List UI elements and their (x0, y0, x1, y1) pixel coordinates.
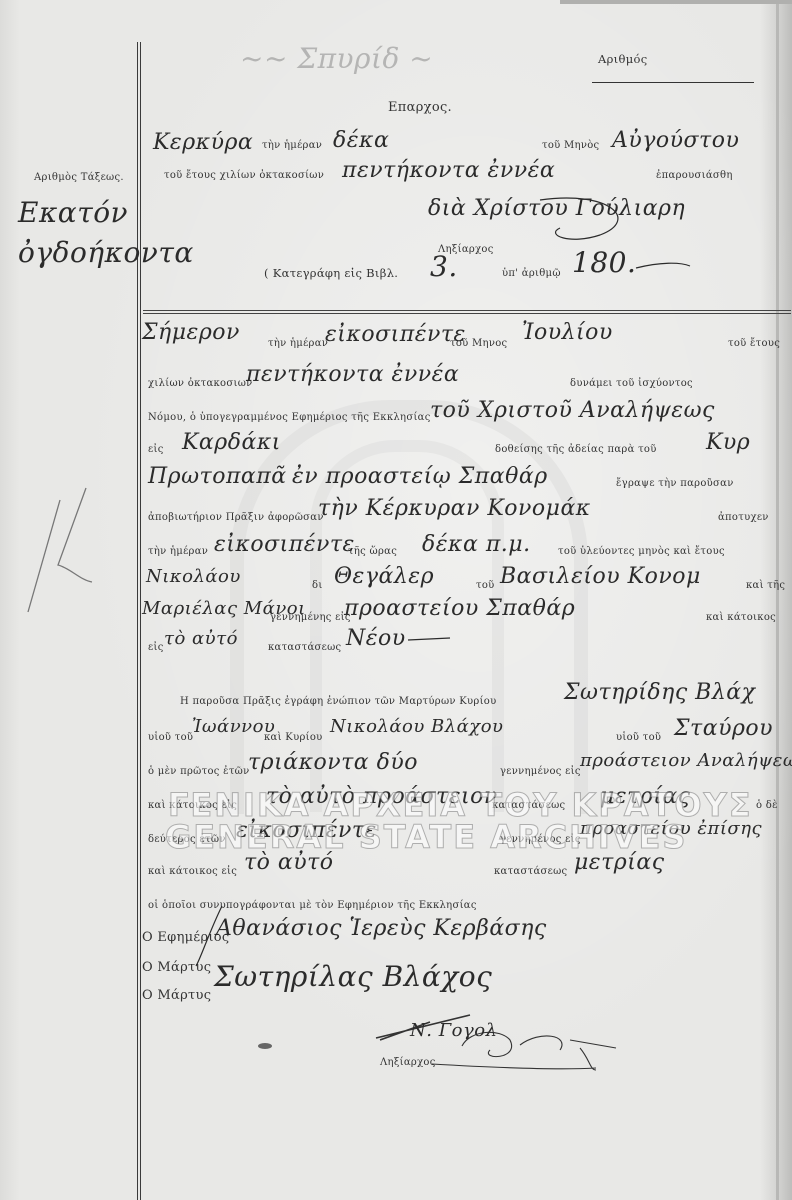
registrar-signature: Ν. Γογολ (410, 1020, 498, 1041)
registrar-signature-flourish (0, 0, 792, 1200)
registrar-signature-label: Ληξίαρχος (380, 1057, 436, 1068)
document-page: ~~ Σπυρίδ ~ Αριθμός Επαρχος. Κερκύρα τὴν… (0, 0, 792, 1200)
